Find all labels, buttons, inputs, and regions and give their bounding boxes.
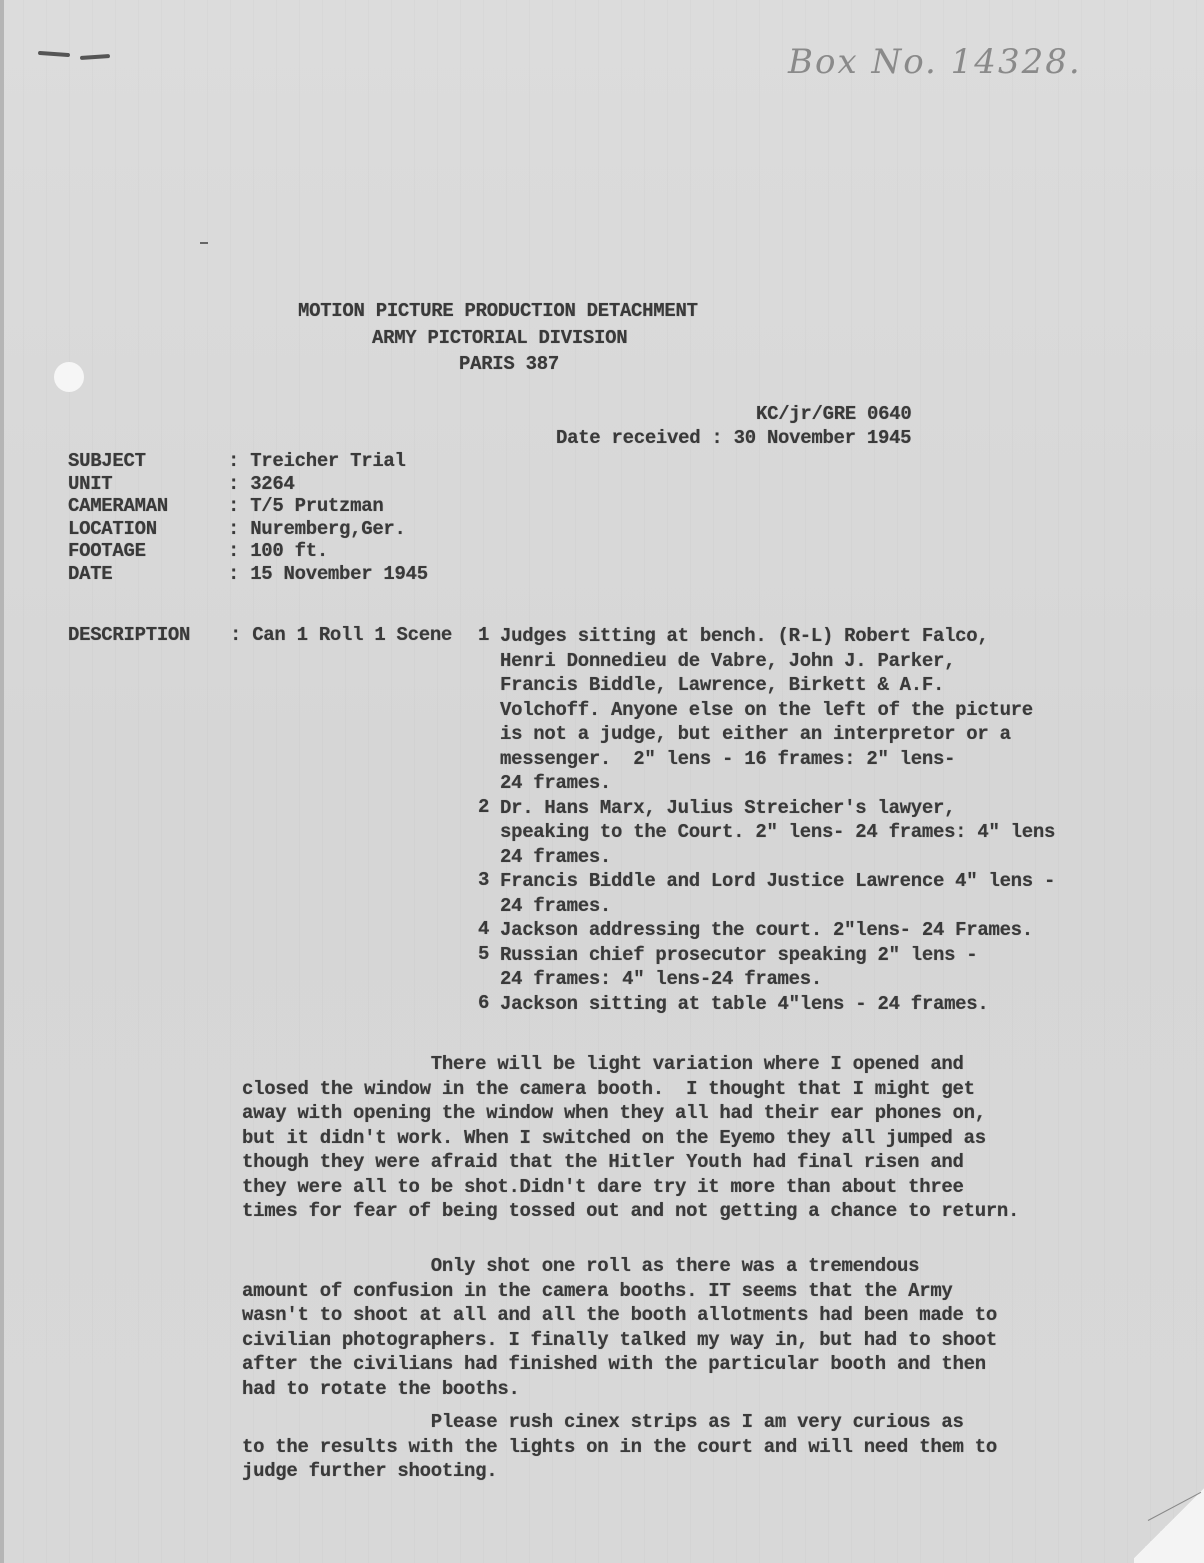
field-value: : Nuremberg,Ger.: [228, 518, 406, 540]
reference-code: KC/jr/GRE 0640: [756, 403, 911, 425]
paragraph-light-variation: There will be light variation where I op…: [242, 1052, 1019, 1224]
ink-mark: [38, 51, 70, 57]
scene-text-line: Russian chief prosecutor speaking 2" len…: [500, 943, 1055, 968]
scene-text-line: Volchoff. Anyone else on the left of the…: [500, 698, 1055, 723]
field-value: : 3264: [228, 473, 295, 495]
scene-text-line: 24 frames: 4" lens-24 frames.: [500, 967, 1055, 992]
can-roll-scene: : Can 1 Roll 1 Scene: [230, 624, 452, 646]
handwritten-box-number: Box No. 14328.: [788, 42, 1082, 82]
scene-item: 6Jackson sitting at table 4"lens - 24 fr…: [478, 992, 1055, 1017]
scene-text-line: Jackson sitting at table 4"lens - 24 fra…: [500, 992, 1055, 1017]
scene-number: 1: [478, 624, 489, 646]
scene-item: 3Francis Biddle and Lord Justice Lawrenc…: [478, 869, 1055, 918]
paragraph-line: away with opening the window when they a…: [242, 1101, 1019, 1126]
paragraph-line: amount of confusion in the camera booths…: [242, 1279, 997, 1304]
scene-text-line: Henri Donnedieu de Vabre, John J. Parker…: [500, 649, 1055, 674]
ink-speck: [200, 242, 208, 244]
field-label: CAMERAMAN: [68, 495, 218, 517]
scene-text-line: Judges sitting at bench. (R-L) Robert Fa…: [500, 624, 1055, 649]
scene-number: 6: [478, 992, 489, 1014]
scene-item: 1Judges sitting at bench. (R-L) Robert F…: [478, 624, 1055, 796]
scene-text-line: Dr. Hans Marx, Julius Streicher's lawyer…: [500, 796, 1055, 821]
description-label: DESCRIPTION: [68, 624, 190, 646]
paragraph-line: times for fear of being tossed out and n…: [242, 1199, 1019, 1224]
scene-text-line: messenger. 2" lens - 16 frames: 2" lens-: [500, 747, 1055, 772]
scene-item: 4Jackson addressing the court. 2"lens- 2…: [478, 918, 1055, 943]
paragraph-cinex-request: Please rush cinex strips as I am very cu…: [242, 1410, 997, 1484]
paragraph-line: had to rotate the booths.: [242, 1377, 997, 1402]
scene-number: 5: [478, 943, 489, 965]
paragraph-line: after the civilians had finished with th…: [242, 1352, 997, 1377]
punch-hole: [54, 362, 84, 392]
date-received: Date received : 30 November 1945: [556, 427, 911, 449]
ink-mark: [80, 54, 110, 60]
paragraph-line: though they were afraid that the Hitler …: [242, 1150, 1019, 1175]
field-label: SUBJECT: [68, 450, 218, 472]
letterhead-line-1: MOTION PICTURE PRODUCTION DETACHMENT: [298, 300, 698, 322]
paragraph-line: they were all to be shot.Didn't dare try…: [242, 1175, 1019, 1200]
field-label: UNIT: [68, 473, 218, 495]
scene-text-line: is not a judge, but either an interpreto…: [500, 722, 1055, 747]
paragraph-line: Please rush cinex strips as I am very cu…: [242, 1410, 997, 1435]
scene-number: 2: [478, 796, 489, 818]
date-received-value: 30 November 1945: [734, 427, 912, 449]
paragraph-line: civilian photographers. I finally talked…: [242, 1328, 997, 1353]
scene-list: 1Judges sitting at bench. (R-L) Robert F…: [478, 624, 1055, 1016]
paragraph-line: There will be light variation where I op…: [242, 1052, 1019, 1077]
paragraph-line: wasn't to shoot at all and all the booth…: [242, 1303, 997, 1328]
scene-number: 3: [478, 869, 489, 891]
scene-text-line: 24 frames.: [500, 845, 1055, 870]
date-received-label: Date received :: [556, 427, 723, 449]
paragraph-line: to the results with the lights on in the…: [242, 1435, 997, 1460]
field-value: : T/5 Prutzman: [228, 495, 383, 517]
scene-item: 2Dr. Hans Marx, Julius Streicher's lawye…: [478, 796, 1055, 870]
scene-item: 5Russian chief prosecutor speaking 2" le…: [478, 943, 1055, 992]
scene-text-line: 24 frames.: [500, 894, 1055, 919]
document-page: Box No. 14328. MOTION PICTURE PRODUCTION…: [0, 0, 1204, 1563]
field-value: : 15 November 1945: [228, 563, 428, 585]
scene-text-line: 24 frames.: [500, 771, 1055, 796]
paragraph-line: but it didn't work. When I switched on t…: [242, 1126, 1019, 1151]
letterhead-line-3: PARIS 387: [459, 353, 559, 375]
paragraph-confusion: Only shot one roll as there was a tremen…: [242, 1254, 997, 1401]
scene-text-line: Jackson addressing the court. 2"lens- 24…: [500, 918, 1055, 943]
paragraph-line: Only shot one roll as there was a tremen…: [242, 1254, 997, 1279]
field-label: LOCATION: [68, 518, 218, 540]
paragraph-line: judge further shooting.: [242, 1459, 997, 1484]
field-label: FOOTAGE: [68, 540, 218, 562]
page-edge: [0, 0, 4, 1563]
paragraph-line: closed the window in the camera booth. I…: [242, 1077, 1019, 1102]
letterhead-line-2: ARMY PICTORIAL DIVISION: [372, 327, 627, 349]
scene-number: 4: [478, 918, 489, 940]
field-label: DATE: [68, 563, 218, 585]
scene-text-line: speaking to the Court. 2" lens- 24 frame…: [500, 820, 1055, 845]
field-value: : 100 ft.: [228, 540, 328, 562]
scene-text-line: Francis Biddle, Lawrence, Birkett & A.F.: [500, 673, 1055, 698]
scene-text-line: Francis Biddle and Lord Justice Lawrence…: [500, 869, 1055, 894]
field-value: : Treicher Trial: [228, 450, 406, 472]
